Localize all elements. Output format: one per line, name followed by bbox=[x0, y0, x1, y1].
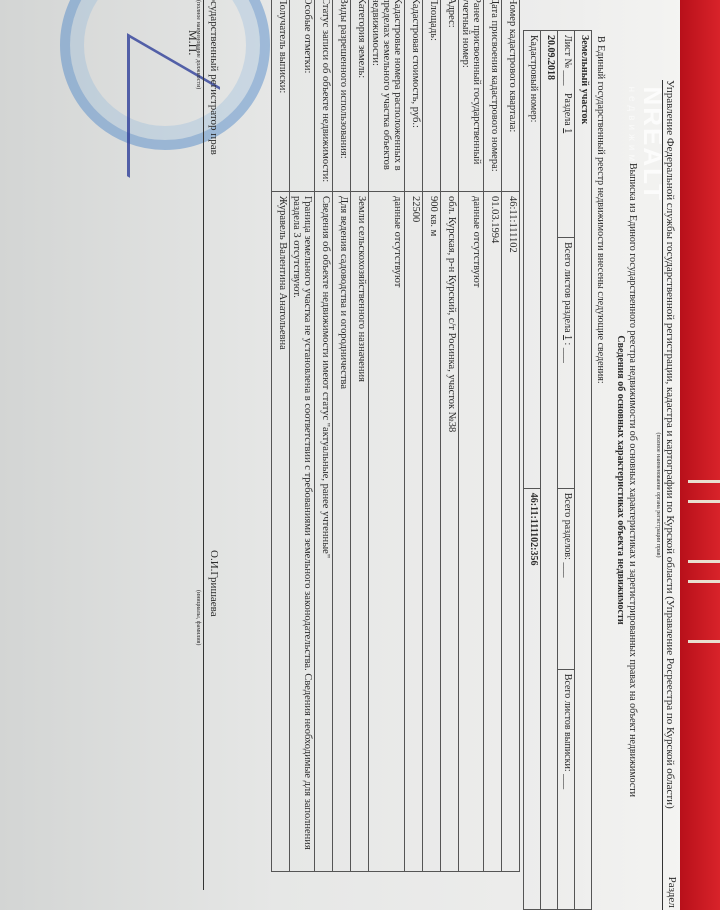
field-value: 900 кв. м bbox=[423, 192, 441, 872]
field-value: 01.03.1994 bbox=[484, 192, 502, 872]
field-label: Дата присвоения кадастрового номера: bbox=[484, 0, 502, 192]
registrar-name: О.И.Гришаева bbox=[208, 550, 220, 617]
cadastral-number-label: Кадастровый номер: bbox=[524, 31, 541, 489]
field-value: Журавель Валентина Анатольевна bbox=[272, 192, 290, 872]
field-value: данные отсутствуют bbox=[459, 192, 484, 872]
field-value: 46:11:111102 bbox=[502, 192, 520, 872]
field-label: Кадастровые номера расположенных в преде… bbox=[369, 0, 405, 192]
field-label: Виды разрешенного использования: bbox=[333, 0, 351, 192]
registrar-position: Государственный регистратор прав bbox=[208, 0, 220, 155]
field-row: Кадастровые номера расположенных в преде… bbox=[369, 0, 405, 872]
organization-header: Управление Федеральной службы государств… bbox=[655, 80, 676, 910]
signature-block: Государственный регистратор прав О.И.Гри… bbox=[208, 0, 220, 890]
field-label: Получатель выписки: bbox=[272, 0, 290, 192]
field-row: Ранее присвоенный государственный учетны… bbox=[459, 0, 484, 872]
total-sections: Всего разделов: ___ bbox=[558, 488, 575, 669]
name-caption: (инициалы, фамилия) bbox=[195, 590, 201, 645]
field-row: Виды разрешенного использования:Для веде… bbox=[333, 0, 351, 872]
field-row: Дата присвоения кадастрового номера:01.0… bbox=[484, 0, 502, 872]
field-value: обл. Курская, р-н Курский, с/т Росинка, … bbox=[441, 192, 459, 872]
field-row: Адрес:обл. Курская, р-н Курский, с/т Рос… bbox=[441, 0, 459, 872]
sheet-number: Лист № ___ Раздела 1 bbox=[558, 31, 575, 238]
section-label: Раздел 1 bbox=[666, 877, 678, 910]
field-value: 22500 bbox=[405, 192, 423, 872]
field-row: Номер кадастрового квартала:46:11:111102 bbox=[502, 0, 520, 872]
field-value: данные отсутствуют bbox=[369, 192, 405, 872]
field-label: Адрес: bbox=[441, 0, 459, 192]
intro-text: В Единый государственный реестр недвижим… bbox=[595, 36, 606, 384]
rotated-document: NREALTнедвижимость Управление Федерально… bbox=[0, 0, 690, 910]
total-sheets: Всего листов выписки: ___ bbox=[558, 669, 575, 909]
field-value: Граница земельного участка не установлен… bbox=[290, 192, 315, 872]
field-label: Статус записи об объекте недвижимости: bbox=[315, 0, 333, 192]
field-label: Особые отметки: bbox=[290, 0, 315, 192]
field-label: Категория земель: bbox=[351, 0, 369, 192]
field-value: Для ведения садоводства и огородничества bbox=[333, 192, 351, 872]
field-label: Площадь: bbox=[423, 0, 441, 192]
field-row: Категория земель:Земли сельскохозяйствен… bbox=[351, 0, 369, 872]
position-caption: (полное наименование должности) bbox=[195, 0, 201, 89]
field-row: Получатель выписки:Журавель Валентина Ан… bbox=[272, 0, 290, 872]
organization-caption: (полное наименование органа регистрации … bbox=[655, 80, 661, 910]
object-type: Земельный участок bbox=[575, 31, 592, 910]
field-value: Земли сельскохозяйственного назначения bbox=[351, 192, 369, 872]
header-table: Земельный участок Лист № ___ Раздела 1 В… bbox=[523, 30, 592, 910]
field-value: Сведения об объекте недвижимости имеют с… bbox=[315, 192, 333, 872]
document-subtitle: Сведения об основных характеристиках объ… bbox=[614, 100, 626, 860]
field-row: Особые отметки:Граница земельного участк… bbox=[290, 0, 315, 872]
field-label: Номер кадастрового квартала: bbox=[502, 0, 520, 192]
cadastral-number: 46:11:111102:356 bbox=[524, 488, 541, 909]
field-row: Статус записи об объекте недвижимости:Св… bbox=[315, 0, 333, 872]
field-row: Кадастровая стоимость, руб.:22500 bbox=[405, 0, 423, 872]
extract-date: 20.09.2018 bbox=[541, 31, 558, 910]
document-title: Выписка из Единого государственного реес… bbox=[614, 100, 638, 860]
field-label: Ранее присвоенный государственный учетны… bbox=[459, 0, 484, 192]
field-label: Кадастровая стоимость, руб.: bbox=[405, 0, 423, 192]
fields-table: Номер кадастрового квартала:46:11:111102… bbox=[271, 0, 520, 872]
total-sheets-section: Всего листов раздела 1 : ___ bbox=[558, 238, 575, 489]
field-row: Площадь:900 кв. м bbox=[423, 0, 441, 872]
organization-name: Управление Федеральной службы государств… bbox=[662, 80, 676, 910]
